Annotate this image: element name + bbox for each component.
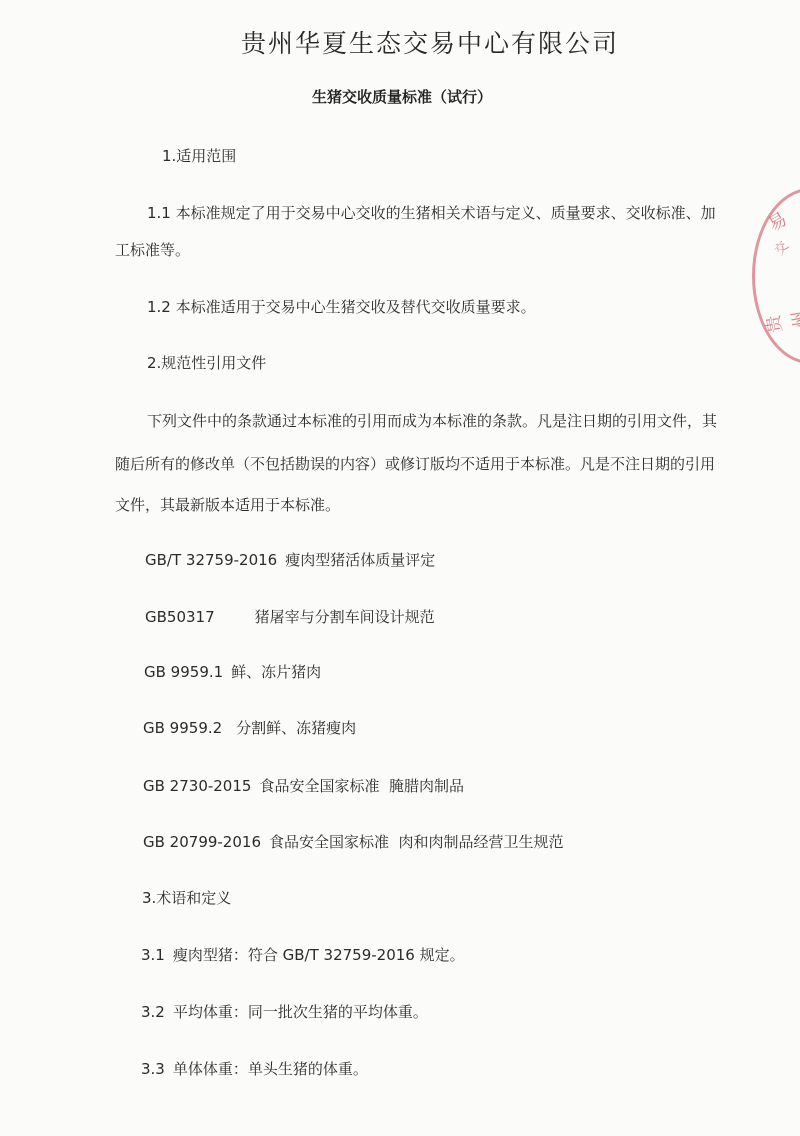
- reference-item: GB 9959.1鲜、冻片猪肉: [144, 662, 321, 682]
- reference-code: GB 20799-2016: [143, 832, 261, 852]
- section-1-heading: 1.适用范围: [162, 146, 236, 166]
- term-number: 3.2: [141, 1003, 165, 1021]
- reference-title: 瘦肉型猪活体质量评定: [285, 551, 435, 569]
- reference-title: 分割鲜、冻猪瘦肉: [236, 719, 356, 737]
- section-3-heading: 3.术语和定义: [142, 888, 231, 908]
- clause-1-1-line-1: 1.1 本标准规定了用于交易中心交收的生猪相关术语与定义、质量要求、交收标准、加: [147, 203, 716, 223]
- term-number: 3.3: [141, 1060, 165, 1078]
- term-definition: 3.3单体体重：单头生猪的体重。: [141, 1059, 368, 1079]
- document-page: 贵州华夏生态交易中心有限公司 生猪交收质量标准（试行） 1.适用范围 1.1 本…: [0, 0, 800, 1136]
- clause-1-1-line-2: 工标准等。: [115, 240, 190, 260]
- term-text: 平均体重：同一批次生猪的平均体重。: [173, 1003, 428, 1021]
- reference-code: GB 2730-2015: [143, 776, 251, 796]
- reference-item: GB 2730-2015食品安全国家标准 腌腊肉制品: [143, 776, 464, 796]
- section-2-heading: 2.规范性引用文件: [147, 353, 266, 373]
- section-2-intro-line-1: 下列文件中的条款通过本标准的引用而成为本标准的条款。凡是注日期的引用文件，其: [147, 411, 717, 431]
- reference-item: GB 9959.2分割鲜、冻猪瘦肉: [143, 718, 356, 738]
- reference-item: GB50317猪屠宰与分割车间设计规范: [145, 607, 435, 627]
- term-text: 瘦肉型猪：符合 GB/T 32759-2016 规定。: [173, 946, 465, 964]
- reference-item: GB 20799-2016食品安全国家标准 肉和肉制品经营卫生规范: [143, 832, 564, 852]
- reference-title: 食品安全国家标准 腌腊肉制品: [259, 777, 464, 795]
- reference-title: 猪屠宰与分割车间设计规范: [255, 608, 435, 626]
- reference-code: GB 9959.2: [143, 718, 222, 738]
- document-title: 生猪交收质量标准（试行）: [0, 86, 800, 107]
- company-name-heading: 贵州华夏生态交易中心有限公司: [0, 24, 800, 60]
- reference-code: GB/T 32759-2016: [145, 550, 277, 570]
- clause-1-2: 1.2 本标准适用于交易中心生猪交收及替代交收质量要求。: [147, 297, 536, 317]
- reference-code: GB50317: [145, 607, 215, 627]
- section-2-intro-line-3: 文件，其最新版本适用于本标准。: [115, 495, 340, 515]
- term-definition: 3.2平均体重：同一批次生猪的平均体重。: [141, 1002, 428, 1022]
- reference-item: GB/T 32759-2016瘦肉型猪活体质量评定: [145, 550, 435, 570]
- term-definition: 3.1瘦肉型猪：符合 GB/T 32759-2016 规定。: [141, 945, 465, 965]
- term-text: 单体体重：单头生猪的体重。: [173, 1060, 368, 1078]
- section-2-intro-line-2: 随后所有的修改单（不包括勘误的内容）或修订版均不适用于本标准。凡是不注日期的引用: [115, 454, 715, 474]
- reference-code: GB 9959.1: [144, 662, 223, 682]
- reference-title: 鲜、冻片猪肉: [231, 663, 321, 681]
- term-number: 3.1: [141, 946, 165, 964]
- reference-title: 食品安全国家标准 肉和肉制品经营卫生规范: [269, 833, 564, 851]
